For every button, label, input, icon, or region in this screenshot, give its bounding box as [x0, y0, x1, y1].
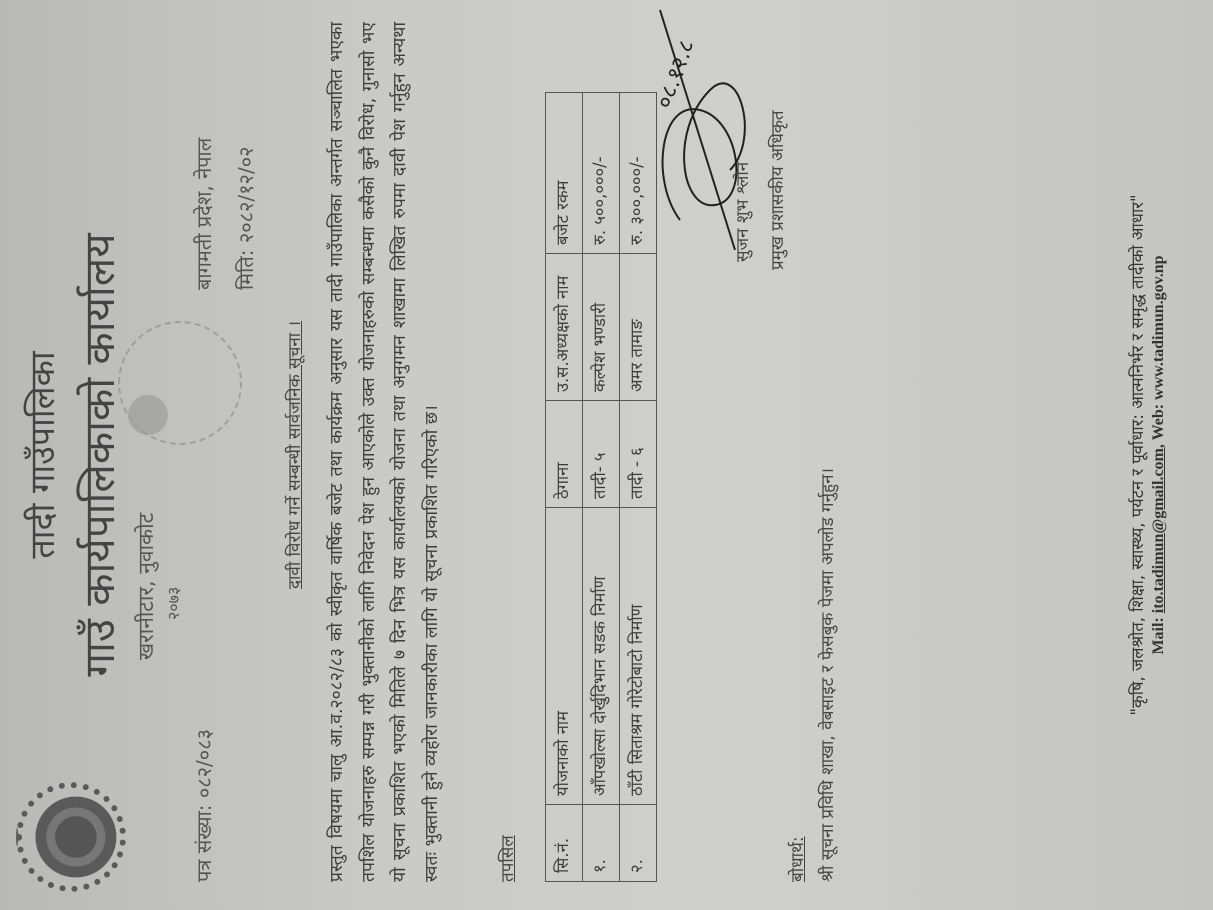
notice-subject: दावी विरोध गर्ने सम्बन्धी सार्वजनिक सूचन…	[282, 0, 305, 910]
col-plan-name: योजनाको नाम	[546, 508, 583, 805]
cc-label: बोधार्थ:	[785, 836, 808, 882]
signature-icon: ०८.१२.८	[640, 0, 780, 260]
col-location: ठेगाना	[546, 401, 583, 508]
cell-location: तादी - ६	[620, 401, 657, 508]
cell-chair-name: अमर तामाङ	[620, 254, 657, 401]
email-link[interactable]: ito.tadimun@gmail.com	[1150, 448, 1167, 613]
col-chair-name: उ.स.अध्यक्षको नाम	[546, 254, 583, 401]
municipality-name: तादी गाउँपालिका	[18, 0, 64, 910]
cell-sn: २.	[620, 805, 657, 882]
cc-line: श्री सूचना प्रविधि शाखा, वेबसाइट र फेसबु…	[815, 468, 838, 882]
mail-label: Mail:	[1150, 613, 1167, 654]
col-sn: सि.नं.	[546, 805, 583, 882]
footer-contact: Mail: ito.tadimun@gmail.com, Web: www.ta…	[1150, 0, 1168, 910]
letter-number: पत्र संख्या: ०८२/०८३	[190, 729, 217, 882]
established-year: २०७३	[162, 587, 184, 620]
cell-budget: रु. ५००,०००/-	[583, 93, 620, 254]
office-stamp-icon	[118, 321, 242, 445]
document-page: तादी गाउँपालिका गाउँ कार्यपालिकाको कार्य…	[0, 0, 1213, 910]
handwritten-note: ०८.१२.८	[652, 37, 700, 112]
signatory-name: सुजन शुभ श्लोन	[730, 162, 753, 262]
schedule-label: तपसिल	[495, 835, 518, 882]
office-name: गाउँ कार्यपालिकाको कार्यालय	[70, 0, 127, 910]
cell-plan-name: आँपखोल्सा दोर्खुदिभान सडक निर्माण	[583, 508, 620, 805]
table-header-row: सि.नं. योजनाको नाम ठेगाना उ.स.अध्यक्षको …	[546, 93, 583, 882]
cell-location: तादी- ५	[583, 401, 620, 508]
office-address: खरानीटार, नुवाकोट	[132, 513, 160, 660]
web-text: , Web: www.tadimun.gov.np	[1150, 255, 1167, 448]
cell-chair-name: कल्पेश भण्डारी	[583, 254, 620, 401]
table-row: १. आँपखोल्सा दोर्खुदिभान सडक निर्माण ताद…	[583, 93, 620, 882]
signatory-title: प्रमुख प्रशासकीय अधिकृत	[765, 110, 788, 270]
province: बागमती प्रदेश, नेपाल	[190, 138, 217, 290]
footer-slogan: "कृषि, जलश्रोत, शिक्षा, स्वास्थ्य, पर्यट…	[1125, 0, 1148, 910]
letter-date: मिति: २०८२/१२/०२	[232, 147, 259, 291]
cell-sn: १.	[583, 805, 620, 882]
cell-plan-name: ठाँटी सिताश्रम गोरेटोबाटो निर्माण	[620, 508, 657, 805]
notice-body: प्रस्तुत विषयमा चालु आ.व.२०८२/८३ को स्वी…	[322, 22, 448, 882]
col-budget: बजेट रकम	[546, 93, 583, 254]
